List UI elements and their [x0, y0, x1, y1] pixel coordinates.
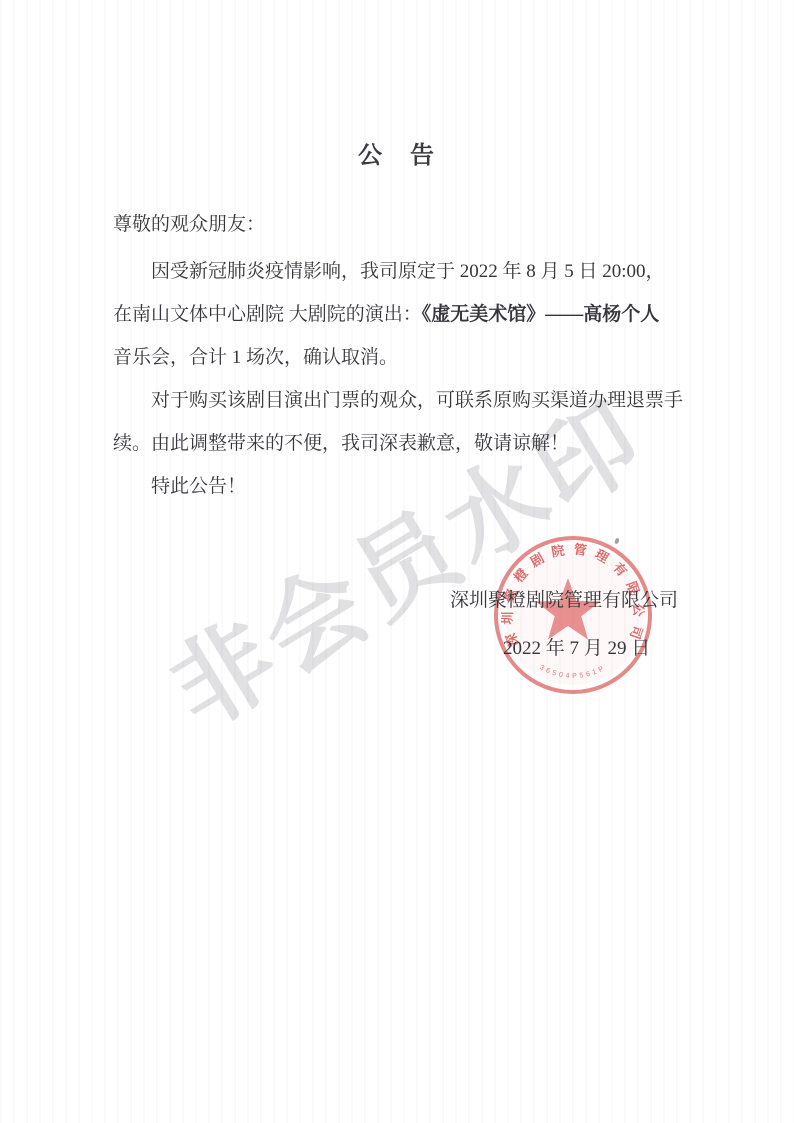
signature-company: 深圳聚橙剧院管理有限公司: [450, 589, 678, 613]
paragraph-2-line-2: 续。由此调整带来的不便，我司深表歉意，敬请谅解！: [113, 422, 697, 465]
document-content: 公 告 尊敬的观众朋友： 因受新冠肺炎疫情影响，我司原定于 2022 年 8 月…: [0, 0, 794, 1123]
paragraph-cancellation: 因受新冠肺炎疫情影响，我司原定于 2022 年 8 月 5 日 20:00， 在…: [113, 250, 697, 379]
announcement-body: 尊敬的观众朋友： 因受新冠肺炎疫情影响，我司原定于 2022 年 8 月 5 日…: [113, 203, 697, 508]
show-title-bold: 《虚无美术馆》——高杨个人: [422, 304, 660, 325]
paragraph-1-line-3: 音乐会，合计 1 场次，确认取消。: [113, 336, 697, 379]
salutation: 尊敬的观众朋友：: [113, 203, 697, 246]
venue-text: 在南山文体中心剧院 大剧院的演出：: [113, 304, 422, 325]
page-title: 公 告: [0, 135, 794, 170]
signature-date: 2022 年 7 月 29 日: [503, 637, 650, 661]
paragraph-1-line-2: 在南山文体中心剧院 大剧院的演出：《虚无美术馆》——高杨个人: [113, 293, 697, 336]
paragraph-refund: 对于购买该剧目演出门票的观众，可联系原购买渠道办理退票手 续。由此调整带来的不便…: [113, 379, 697, 465]
scanned-announcement-page: 非会员水印 深圳聚橙剧院管理有限公司 36504P561P 公 告 尊敬的观众朋…: [0, 0, 794, 1123]
paragraph-1-line-1: 因受新冠肺炎疫情影响，我司原定于 2022 年 8 月 5 日 20:00，: [113, 250, 697, 293]
paragraph-2-line-1: 对于购买该剧目演出门票的观众，可联系原购买渠道办理退票手: [113, 379, 697, 422]
closing-statement: 特此公告！: [113, 465, 697, 508]
